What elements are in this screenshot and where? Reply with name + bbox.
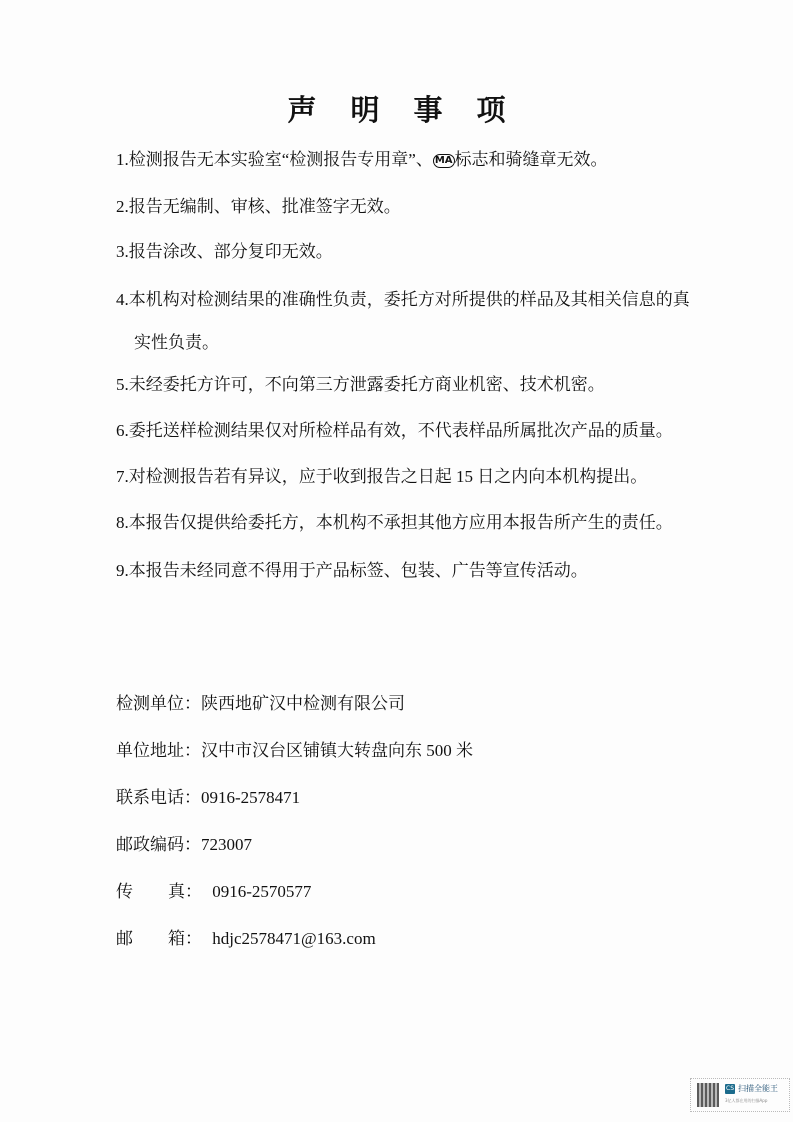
info-phone: 联系电话：0916-2578471 (116, 783, 300, 808)
info-value: 陕西地矿汉中检测有限公司 (201, 694, 405, 713)
info-label: 真： (168, 877, 202, 902)
watermark-app-name: 扫描全能王 (738, 1083, 778, 1094)
scanner-watermark: CS 扫描全能王 3亿人都在用的扫描App (690, 1078, 790, 1112)
info-label: 传 (116, 877, 133, 902)
info-label: 联系电话： (116, 788, 201, 807)
statement-text: 1.检测报告无本实验室“检测报告专用章”、 (116, 150, 433, 169)
info-email: 邮箱： hdjc2578471@163.com (116, 924, 376, 949)
info-testing-unit: 检测单位：陕西地矿汉中检测有限公司 (116, 689, 405, 714)
statement-item-6: 6.委托送样检测结果仅对所检样品有效，不代表样品所属批次产品的质量。 (116, 421, 673, 441)
info-label: 邮 (116, 924, 133, 949)
info-value: 723007 (201, 835, 252, 854)
cma-mark-icon: MA (433, 154, 455, 168)
statement-item-1: 1.检测报告无本实验室“检测报告专用章”、MA标志和骑缝章无效。 (116, 150, 608, 170)
statement-item-4: 4.本机构对检测结果的准确性负责，委托方对所提供的样品及其相关信息的真 (116, 290, 690, 310)
info-label: 箱： (168, 924, 202, 949)
statement-item-8: 8.本报告仅提供给委托方，本机构不承担其他方应用本报告所产生的责任。 (116, 513, 673, 533)
info-value: 0916-2578471 (201, 788, 300, 807)
statement-item-9: 9.本报告未经同意不得用于产品标签、包装、广告等宣传活动。 (116, 561, 588, 581)
info-label: 单位地址： (116, 741, 201, 760)
statement-item-5: 5.未经委托方许可，不向第三方泄露委托方商业机密、技术机密。 (116, 375, 605, 395)
info-value: 0916-2570577 (212, 882, 311, 901)
info-address: 单位地址：汉中市汉台区铺镇大转盘向东 500 米 (116, 736, 473, 761)
info-label: 邮政编码： (116, 835, 201, 854)
info-fax: 传真： 0916-2570577 (116, 877, 311, 902)
info-label: 检测单位： (116, 694, 201, 713)
statement-item-2: 2.报告无编制、审核、批准签字无效。 (116, 197, 401, 217)
qr-code-icon (697, 1083, 719, 1107)
statement-text: 标志和骑缝章无效。 (455, 150, 608, 169)
statement-item-4-continuation: 实性负责。 (134, 328, 219, 353)
page-title: 声明事项 (0, 88, 793, 129)
info-value: 汉中市汉台区铺镇大转盘向东 500 米 (201, 741, 473, 760)
info-postcode: 邮政编码：723007 (116, 830, 252, 855)
statement-item-3: 3.报告涂改、部分复印无效。 (116, 242, 333, 262)
statement-item-7: 7.对检测报告若有异议，应于收到报告之日起 15 日之内向本机构提出。 (116, 467, 647, 487)
watermark-tagline: 3亿人都在用的扫描App (725, 1098, 767, 1104)
info-value: hdjc2578471@163.com (212, 929, 375, 948)
camscanner-logo-icon: CS (725, 1084, 735, 1094)
